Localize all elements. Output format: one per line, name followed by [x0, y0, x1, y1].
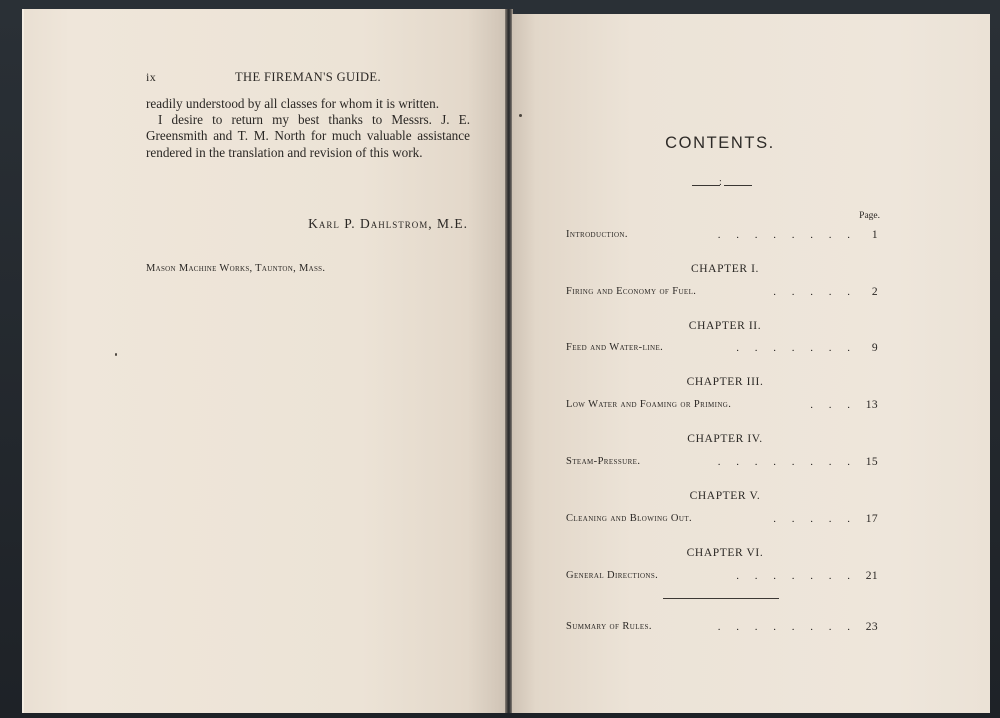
toc-entry-chapter-2[interactable]: Feed and Water-line. . . . . . . . 9	[566, 342, 878, 358]
toc-entry-chapter-3[interactable]: Low Water and Foaming or Priming. . . . …	[566, 399, 878, 415]
right-page	[512, 14, 990, 713]
toc-page-number: 9	[872, 342, 878, 354]
chapter-heading: CHAPTER III.	[640, 376, 810, 388]
chapter-heading: CHAPTER I.	[640, 263, 810, 275]
toc-label: Cleaning and Blowing Out.	[566, 513, 692, 524]
toc-page-number: 15	[866, 456, 878, 468]
author-signature: Karl P. Dahlstrom, M.E.	[146, 216, 468, 232]
preface-text: readily understood by all classes for wh…	[146, 96, 470, 161]
dot-leader: . . . . . . . .	[718, 456, 850, 468]
toc-label: Firing and Economy of Fuel.	[566, 286, 696, 297]
dot-leader: . . . . . . .	[736, 570, 850, 582]
toc-label: Introduction.	[566, 229, 628, 240]
toc-entry-chapter-6[interactable]: General Directions. . . . . . . . 21	[566, 570, 878, 586]
toc-entry-chapter-1[interactable]: Firing and Economy of Fuel. . . . . . 2	[566, 286, 878, 302]
toc-label: Feed and Water-line.	[566, 342, 663, 353]
dot-leader: . . .	[810, 399, 850, 411]
dot-leader: . . . . . . . .	[718, 621, 850, 633]
section-rule	[663, 598, 779, 599]
toc-page-number: 13	[866, 399, 878, 411]
toc-entry-chapter-5[interactable]: Cleaning and Blowing Out. . . . . . 17	[566, 513, 878, 529]
divider-ornament: :	[690, 180, 752, 190]
toc-label: General Directions.	[566, 570, 658, 581]
chapter-heading: CHAPTER VI.	[640, 547, 810, 559]
dot-leader: . . . . .	[773, 286, 850, 298]
toc-page-number: 17	[866, 513, 878, 525]
toc-label: Steam-Pressure.	[566, 456, 640, 467]
author-address: Mason Machine Works, Taunton, Mass.	[146, 263, 470, 274]
paper-speck	[115, 353, 117, 356]
chapter-heading: CHAPTER IV.	[640, 433, 810, 445]
toc-label: Summary of Rules.	[566, 621, 652, 632]
book-title-header: THE FIREMAN'S GUIDE.	[146, 70, 470, 85]
paragraph: I desire to return my best thanks to Mes…	[146, 112, 470, 161]
page-column-label: Page.	[845, 211, 880, 221]
dot-leader: . . . . . . . .	[718, 229, 850, 241]
toc-page-number: 21	[866, 570, 878, 582]
running-head: ix THE FIREMAN'S GUIDE.	[146, 70, 470, 86]
paper-speck	[519, 114, 522, 117]
toc-entry-chapter-4[interactable]: Steam-Pressure. . . . . . . . . 15	[566, 456, 878, 472]
paragraph: readily understood by all classes for wh…	[146, 96, 470, 112]
toc-label: Low Water and Foaming or Priming.	[566, 399, 731, 410]
toc-page-number: 1	[872, 229, 878, 241]
dot-leader: . . . . . . .	[736, 342, 850, 354]
toc-page-number: 2	[872, 286, 878, 298]
contents-title: CONTENTS.	[620, 134, 820, 153]
toc-entry-introduction[interactable]: Introduction. . . . . . . . . 1	[566, 229, 878, 245]
chapter-heading: CHAPTER V.	[640, 490, 810, 502]
toc-page-number: 23	[866, 621, 878, 633]
toc-entry-summary[interactable]: Summary of Rules. . . . . . . . . 23	[566, 621, 878, 637]
chapter-heading: CHAPTER II.	[640, 320, 810, 332]
dot-leader: . . . . .	[773, 513, 850, 525]
